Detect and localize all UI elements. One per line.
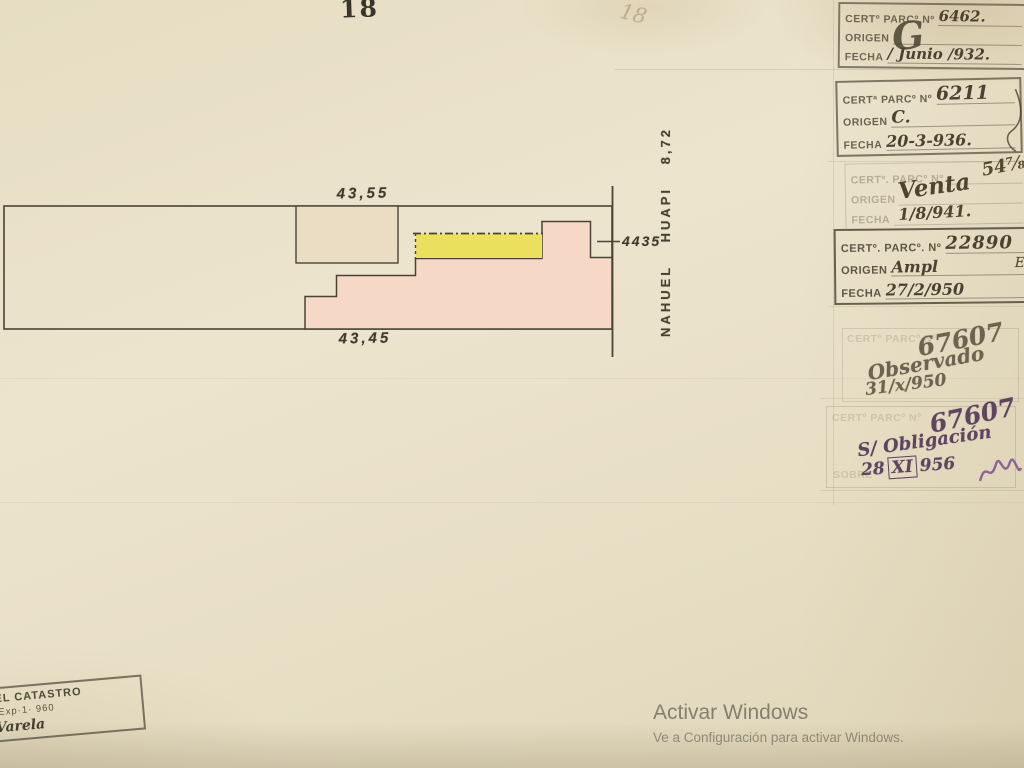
- page-number-stamp: 18: [340, 0, 380, 24]
- windows-activation-watermark-subtitle: Ve a Configuración para activar Windows.: [653, 730, 904, 745]
- stamp-row: ORIGEN: [845, 25, 1022, 46]
- fecha-label: FECHA: [843, 139, 882, 152]
- stamp-row: FECHA / Junio /932.: [845, 44, 1022, 65]
- paper-crease: [828, 306, 1024, 307]
- yellow-strip-shape: [416, 234, 542, 259]
- fecha-value-handwritten: 1/8/941.: [898, 201, 972, 224]
- stamp-row: CERTº PARCº Nº 6462.: [845, 6, 1022, 27]
- cert-stamp-4: CERTº. PARCº. Nº 22890 ORIGEN Ampl E FEC…: [834, 227, 1024, 305]
- page-number-handwritten: 18: [617, 0, 649, 29]
- origen-label: ORIGEN: [845, 32, 890, 44]
- pink-parcel-shape: [305, 222, 612, 330]
- dimension-bottom-label: 43,45: [300, 329, 430, 348]
- origen-label: ORIGEN: [843, 116, 888, 129]
- origen-value: Ampl: [891, 257, 1024, 276]
- cert-label: CERTº. PARCº. Nº: [841, 242, 942, 255]
- origen-value-handwritten: G: [890, 11, 927, 59]
- catastro-office-stamp: · DEL CATASTRO ·40 Exp·1· 960 R.Varela: [0, 675, 146, 745]
- dimension-top-label: 43,55: [298, 184, 428, 203]
- pen-flourish: [997, 85, 1024, 156]
- cert-stamp-2: CERTª PARCº Nº 6211 ORIGEN C. FECHA 20-3…: [835, 77, 1023, 157]
- date-month-boxed: XI: [887, 455, 918, 479]
- windows-activation-watermark-title: Activar Windows: [653, 701, 808, 725]
- cert-value: 22890: [945, 233, 1024, 254]
- cert-value: 6462.: [939, 8, 1023, 27]
- parcel-ref-number: 4435: [622, 233, 661, 249]
- scanned-cadastral-document: 43,55 43,45 4435 NAHUEL HUAPI 8,72 18 18…: [0, 0, 1024, 768]
- fecha-label: FECHA: [845, 51, 884, 63]
- cert-stamp-3-faint: CERTº. PARCº Nº ORIGEN FECHA 54⅞ Venta 1…: [844, 160, 1024, 230]
- block-outline: [4, 206, 612, 329]
- signature-squiggle-icon: [977, 451, 1023, 491]
- fecha-value: 27/2/950: [886, 280, 1024, 299]
- ghost-stamp-text: CERTº PARCº Nº: [832, 412, 921, 424]
- origen-label: ORIGEN: [851, 194, 896, 207]
- fecha-label: FECHA: [851, 214, 890, 227]
- fecha-value: 20-3-936.: [886, 130, 1016, 151]
- purple-annotation: CERTº PARCº Nº SOBRE 67607 S/ Obligación…: [826, 406, 1016, 488]
- street-name-label: NAHUEL HUAPI 8,72: [658, 117, 680, 347]
- paper-crease: [0, 502, 1024, 503]
- beige-parcel-shape: [296, 206, 398, 263]
- fecha-label: FECHA: [841, 288, 882, 300]
- origen-label: ORIGEN: [841, 264, 888, 276]
- cert-stamp-1: CERTº PARCº Nº 6462. ORIGEN FECHA / Juni…: [838, 2, 1024, 70]
- date-day: 28: [860, 459, 885, 481]
- origen-extra-mark: E: [1015, 255, 1024, 271]
- date-year: 956: [919, 454, 956, 476]
- pencil-annotation: CERTº PARCº Nº 67607 Observado 31/x/950: [842, 328, 1019, 402]
